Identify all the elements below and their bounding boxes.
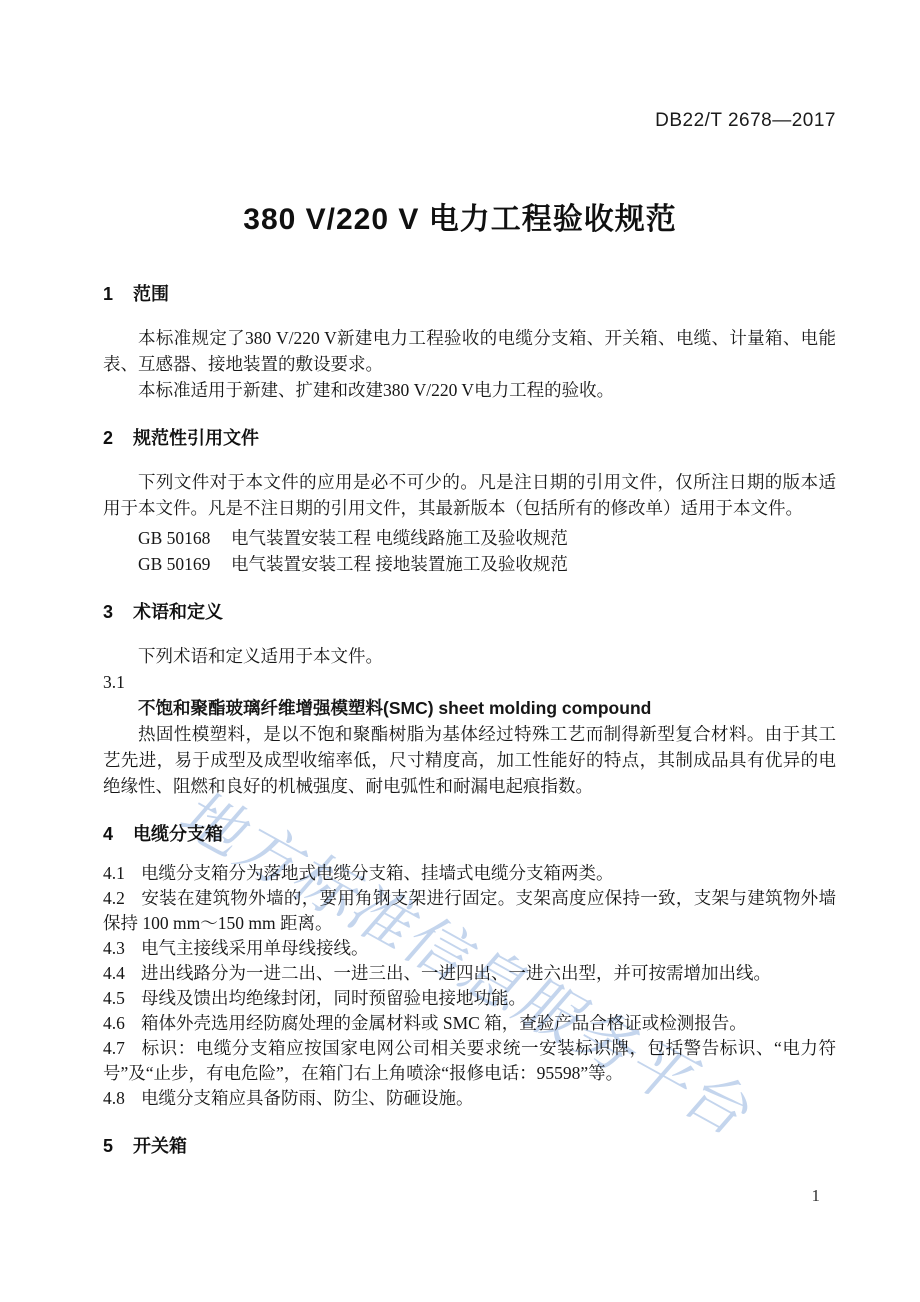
clause-text: 母线及馈出均绝缘封闭，同时预留验电接地功能。 [141,988,526,1008]
reference-list: GB 50168电气装置安装工程 电缆线路施工及验收规范 GB 50169电气装… [103,525,836,577]
section-heading: 4电缆分支箱 [103,821,836,847]
clause-number: 4.2 [103,886,141,911]
section-heading: 2规范性引用文件 [103,425,836,451]
clause: 4.3电气主接线采用单母线接线。 [103,936,836,961]
clause-text: 电缆分支箱应具备防雨、防尘、防砸设施。 [141,1088,474,1108]
clause-text: 电缆分支箱分为落地式电缆分支箱、挂墙式电缆分支箱两类。 [141,863,614,883]
clause-number: 4.5 [103,986,141,1011]
section-number: 5 [103,1133,133,1159]
clause: 4.6箱体外壳选用经防腐处理的金属材料或 SMC 箱，查验产品合格证或检测报告。 [103,1011,836,1036]
section-title: 规范性引用文件 [133,428,259,448]
clause-number: 4.3 [103,936,141,961]
page-number: 1 [812,1186,821,1206]
section-title: 开关箱 [133,1136,187,1156]
reference-item: GB 50168电气装置安装工程 电缆线路施工及验收规范 [103,525,836,551]
clause: 4.8电缆分支箱应具备防雨、防尘、防砸设施。 [103,1086,836,1111]
section-scope: 1范围 本标准规定了380 V/220 V新建电力工程验收的电缆分支箱、开关箱、… [103,281,836,403]
clause-text: 安装在建筑物外墙的，要用角钢支架进行固定。支架高度应保持一致，支架与建筑物外墙保… [103,888,836,933]
clause: 4.7标识：电缆分支箱应按国家电网公司相关要求统一安装标识牌，包括警告标识、“电… [103,1036,836,1086]
section-heading: 3术语和定义 [103,599,836,625]
section-heading: 1范围 [103,281,836,307]
document-page: DB22/T 2678—2017 地方标准信息服务平台 380 V/220 V … [0,0,920,1302]
reference-code: GB 50169 [138,551,231,577]
paragraph: 下列文件对于本文件的应用是必不可少的。凡是注日期的引用文件，仅所注日期的版本适用… [103,469,836,521]
section-title: 术语和定义 [133,602,223,622]
paragraph: 下列术语和定义适用于本文件。 [103,643,836,669]
clause: 4.1电缆分支箱分为落地式电缆分支箱、挂墙式电缆分支箱两类。 [103,861,836,886]
clause: 4.2安装在建筑物外墙的，要用角钢支架进行固定。支架高度应保持一致，支架与建筑物… [103,886,836,936]
clause: 4.5母线及馈出均绝缘封闭，同时预留验电接地功能。 [103,986,836,1011]
reference-title: 电气装置安装工程 接地装置施工及验收规范 [231,554,568,574]
section-number: 2 [103,425,133,451]
clause-number: 4.6 [103,1011,141,1036]
section-title: 电缆分支箱 [133,824,223,844]
term-name: 不饱和聚酯玻璃纤维增强模塑料(SMC) sheet molding compou… [103,695,836,721]
reference-title: 电气装置安装工程 电缆线路施工及验收规范 [231,528,568,548]
clause-number: 4.4 [103,961,141,986]
clause-text: 标识：电缆分支箱应按国家电网公司相关要求统一安装标识牌，包括警告标识、“电力符号… [103,1038,836,1083]
section-number: 4 [103,821,133,847]
document-title: 380 V/220 V 电力工程验收规范 [0,194,920,238]
reference-item: GB 50169电气装置安装工程 接地装置施工及验收规范 [103,551,836,577]
clause-number: 4.8 [103,1086,141,1111]
section-number: 1 [103,281,133,307]
clause-text: 电气主接线采用单母线接线。 [141,938,369,958]
document-content: 1范围 本标准规定了380 V/220 V新建电力工程验收的电缆分支箱、开关箱、… [103,281,836,1181]
clause-text: 进出线路分为一进二出、一进三出、一进四出、一进六出型，并可按需增加出线。 [141,963,771,983]
clause-number: 4.1 [103,861,141,886]
section-terms-definitions: 3术语和定义 下列术语和定义适用于本文件。 3.1 不饱和聚酯玻璃纤维增强模塑料… [103,599,836,799]
clause-number: 4.7 [103,1036,141,1061]
paragraph: 本标准规定了380 V/220 V新建电力工程验收的电缆分支箱、开关箱、电缆、计… [103,325,836,377]
clause-list: 4.1电缆分支箱分为落地式电缆分支箱、挂墙式电缆分支箱两类。 4.2安装在建筑物… [103,861,836,1111]
term-number: 3.1 [103,669,836,695]
clause-text: 箱体外壳选用经防腐处理的金属材料或 SMC 箱，查验产品合格证或检测报告。 [141,1013,747,1033]
section-number: 3 [103,599,133,625]
section-heading: 5开关箱 [103,1133,836,1159]
section-normative-references: 2规范性引用文件 下列文件对于本文件的应用是必不可少的。凡是注日期的引用文件，仅… [103,425,836,577]
section-switch-box: 5开关箱 [103,1133,836,1159]
clause: 4.4进出线路分为一进二出、一进三出、一进四出、一进六出型，并可按需增加出线。 [103,961,836,986]
term-definition: 热固性模塑料，是以不饱和聚酯树脂为基体经过特殊工艺而制得新型复合材料。由于其工艺… [103,721,836,799]
standard-number: DB22/T 2678—2017 [655,110,836,132]
reference-code: GB 50168 [138,525,231,551]
section-title: 范围 [133,284,169,304]
paragraph: 本标准适用于新建、扩建和改建380 V/220 V电力工程的验收。 [103,377,836,403]
section-cable-branch-box: 4电缆分支箱 4.1电缆分支箱分为落地式电缆分支箱、挂墙式电缆分支箱两类。 4.… [103,821,836,1111]
